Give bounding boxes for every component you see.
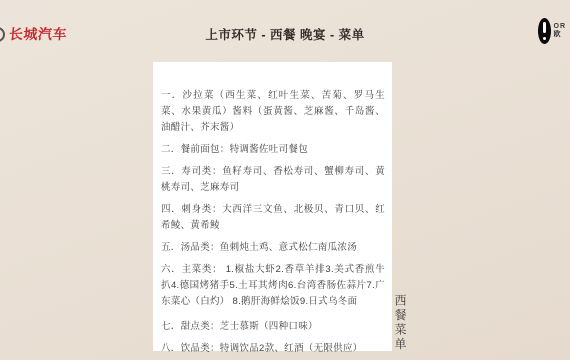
menu-card: 一．沙拉菜（西生菜、红叶生菜、苦菊、罗马生菜、水果黄瓜）酱料（蛋黄酱、芝麻酱、千… xyxy=(153,62,392,351)
side-label-vertical: 西餐菜单 xyxy=(392,294,409,352)
ora-wordmark: OR 欧 xyxy=(554,23,567,39)
menu-item-drinks: 八．饮品类：特调饮品2款、红酒（无限供应） xyxy=(161,341,385,357)
menu-item-salad: 一．沙拉菜（西生菜、红叶生菜、苦菊、罗马生菜、水果黄瓜）酱料（蛋黄酱、芝麻酱、千… xyxy=(161,88,385,136)
ora-exclamation-icon xyxy=(538,18,551,44)
menu-item-bread: 二．餐前面包：特调酱佐吐司餐包 xyxy=(161,142,385,158)
menu-item-dessert: 七．甜点类：芝士慕斯（四种口味） xyxy=(161,319,385,335)
ora-exclamation-bar xyxy=(543,22,546,33)
ora-exclamation-dot xyxy=(543,37,546,40)
menu-item-sashimi: 四．刺身类：大西洋三文鱼、北极贝、青口贝、红希鲮、黄希鲮 xyxy=(161,202,385,234)
ora-latin-text: OR xyxy=(554,23,567,31)
menu-item-soup: 五．汤品类：鱼刺炖土鸡、意式松仁南瓜浓汤 xyxy=(161,240,385,256)
page-header: 长城汽车 上市环节 - 西餐 晚宴 - 菜单 OR 欧 xyxy=(0,0,570,62)
menu-list: 一．沙拉菜（西生菜、红叶生菜、苦菊、罗马生菜、水果黄瓜）酱料（蛋黄酱、芝麻酱、千… xyxy=(153,62,392,357)
menu-item-mains: 六．主菜类： 1.椒盐大虾2.香草羊排3.美式香煎牛扒4.德国烤猪手5.土耳其烤… xyxy=(161,262,385,310)
menu-item-sushi: 三．寿司类：鱼籽寿司、香松寿司、蟹柳寿司、黄桃寿司、芝麻寿司 xyxy=(161,164,385,196)
ora-chinese-text: 欧 xyxy=(554,31,567,39)
ora-logo: OR 欧 xyxy=(538,18,567,44)
page-title: 上市环节 - 西餐 晚宴 - 菜单 xyxy=(0,25,570,43)
